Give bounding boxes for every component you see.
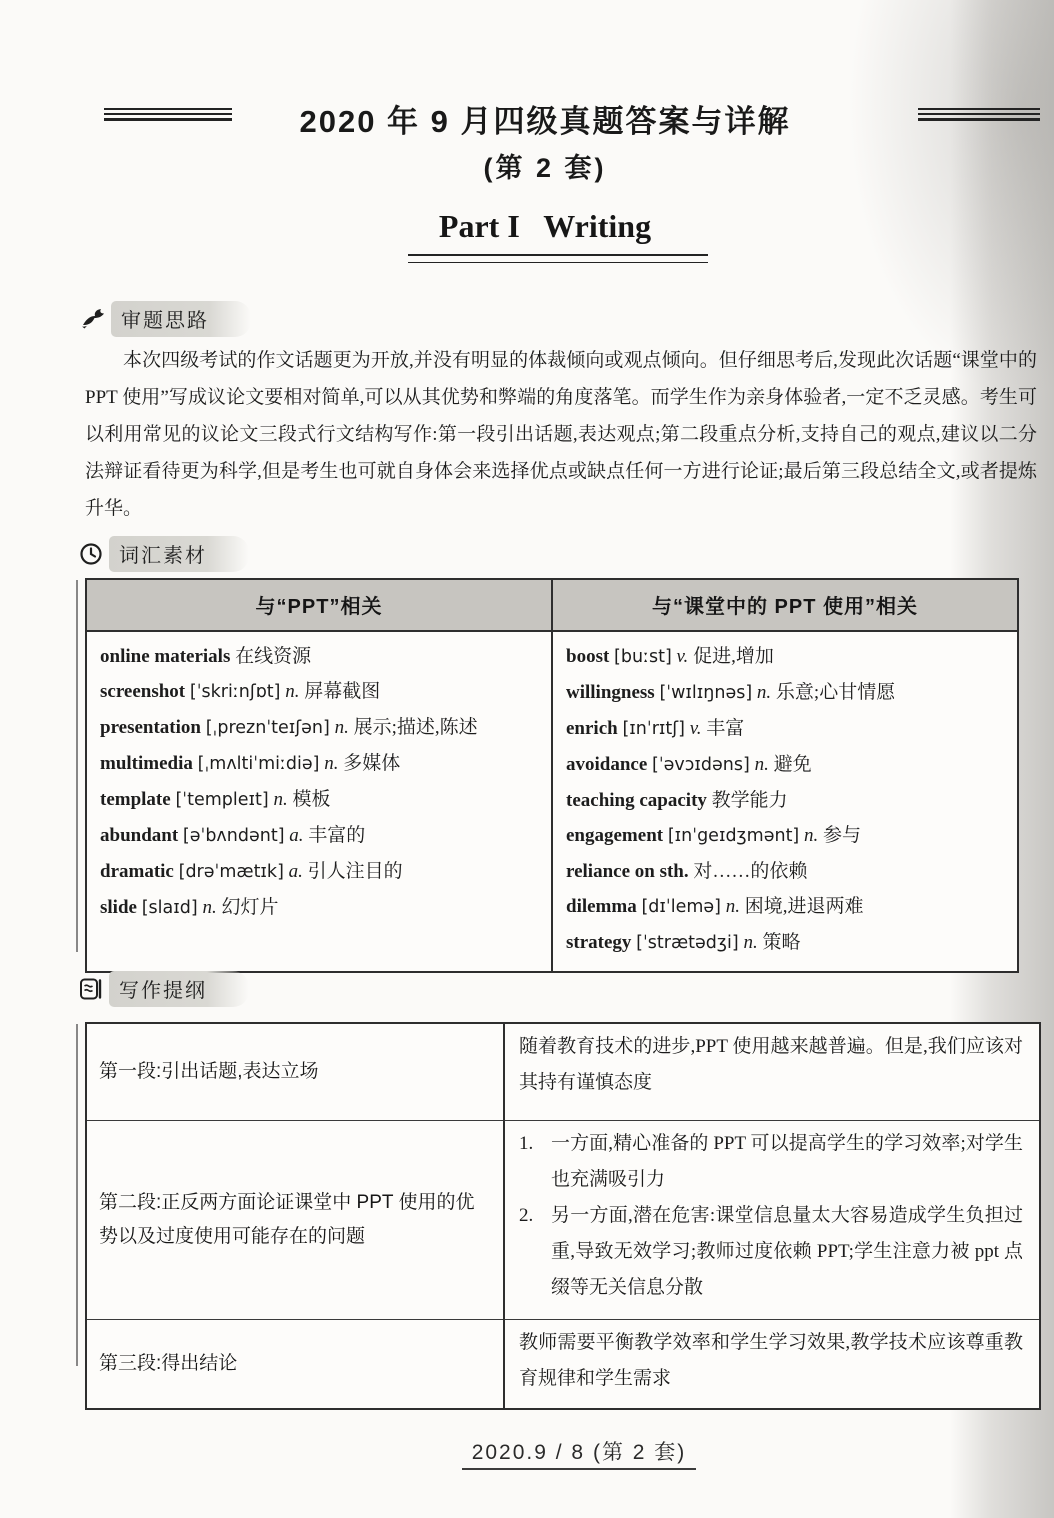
vocab-pos: n.	[202, 897, 216, 918]
vocab-entry: multimedia [ˌmʌltiˈmiːdiə] n. 多媒体	[100, 746, 543, 782]
double-rule	[408, 254, 708, 263]
vocab-word: enrich	[566, 718, 618, 739]
vocab-meaning: 在线资源	[235, 646, 311, 667]
vocab-entry: template [ˈtempleɪt] n. 模板	[100, 782, 543, 818]
vocab-phonetic: [ˌpreznˈteɪʃən]	[206, 718, 330, 738]
section-label-vocab: 词汇素材	[109, 536, 249, 572]
vocab-phonetic: [ɪnˈgeɪdʒmənt]	[668, 826, 799, 846]
vocab-word: multimedia	[100, 753, 193, 774]
vocab-entry: abundant [əˈbʌndənt] a. 丰富的	[100, 818, 543, 854]
outline-item: 1. 一方面,精心准备的 PPT 可以提高学生的学习效率;对学生也充满吸引力	[519, 1126, 1023, 1198]
vocab-entry: engagement [ɪnˈgeɪdʒmənt] n. 参与	[566, 818, 1009, 854]
vocab-phonetic: [ˈstrætədʒi]	[636, 933, 739, 953]
item-text: 另一方面,潜在危害:课堂信息量太大容易造成学生负担过重,导致无效学习;教师过度依…	[551, 1198, 1023, 1306]
outline-left-text: 第二段:正反两方面论证课堂中 PPT 使用的优势以及过度使用可能存在的问题	[99, 1186, 491, 1254]
page-title: 2020 年 9 月四级真题答案与详解	[85, 96, 1005, 141]
vocab-meaning: 模板	[292, 789, 330, 810]
vocab-entry: dilemma [dɪˈlemə] n. 困境,进退两难	[566, 889, 1009, 925]
vocab-meaning: 丰富	[706, 718, 744, 739]
vocab-table: 与“PPT”相关 与“课堂中的 PPT 使用”相关 online materia…	[85, 578, 1019, 973]
section-vocab-header: 词汇素材	[78, 536, 249, 572]
vocab-meaning: 参与	[823, 825, 861, 846]
vocab-meaning: 教学能力	[712, 790, 788, 811]
vocab-pos: n.	[335, 717, 349, 738]
vocab-word: teaching capacity	[566, 790, 707, 811]
vocab-entry: strategy [ˈstrætədʒi] n. 策略	[566, 925, 1009, 961]
vocab-meaning: 幻灯片	[221, 897, 278, 918]
vocab-column-right: boost [buːst] v. 促进,增加 willingness [ˈwɪl…	[551, 632, 1017, 971]
vocab-entry: enrich [ɪnˈrɪtʃ] v. 丰富	[566, 711, 1009, 747]
vocab-phonetic: [dɪˈlemə]	[641, 897, 721, 917]
vocab-phonetic: [ˈskriːnʃɒt]	[190, 682, 281, 702]
page-footer: 2020.9 / 8 (第 2 套)	[85, 1436, 1005, 1466]
clock-icon	[78, 541, 104, 567]
outline-row-left: 第一段:引出话题,表达立场	[87, 1024, 503, 1120]
section-analysis-header: 审题思路	[80, 301, 251, 337]
item-number: 1.	[519, 1126, 551, 1198]
vocab-word: willingness	[566, 682, 655, 703]
vocab-word: screenshot	[100, 681, 185, 702]
analysis-paragraph: 本次四级考试的作文话题更为开放,并没有明显的体裁倾向或观点倾向。但仔细思考后,发…	[85, 342, 1037, 527]
vocab-meaning: 多媒体	[343, 753, 400, 774]
vocab-entry: willingness [ˈwɪlɪŋnəs] n. 乐意;心甘情愿	[566, 675, 1009, 711]
vocab-entry: dramatic [drəˈmætɪk] a. 引人注目的	[100, 854, 543, 890]
vocab-word: dilemma	[566, 896, 637, 917]
vocab-table-body: online materials 在线资源 screenshot [ˈskriː…	[87, 632, 1017, 971]
page-edge-line	[76, 1024, 78, 1366]
vocab-meaning: 避免	[774, 754, 812, 775]
vocab-pos: n.	[324, 753, 338, 774]
vocab-pos: n.	[285, 681, 299, 702]
vocab-phonetic: [slaɪd]	[142, 898, 198, 918]
item-number: 2.	[519, 1198, 551, 1306]
part-heading: Part I Writing	[85, 208, 1005, 245]
vocab-meaning: 引人注目的	[308, 861, 403, 882]
item-text: 一方面,精心准备的 PPT 可以提高学生的学习效率;对学生也充满吸引力	[551, 1126, 1023, 1198]
outline-row-right: 1. 一方面,精心准备的 PPT 可以提高学生的学习效率;对学生也充满吸引力 2…	[503, 1120, 1039, 1319]
vocab-meaning: 对……的依赖	[693, 861, 807, 882]
vocab-header-right: 与“课堂中的 PPT 使用”相关	[551, 580, 1017, 630]
vocab-column-left: online materials 在线资源 screenshot [ˈskriː…	[87, 632, 551, 971]
item-text: 随着教育技术的进步,PPT 使用越来越普遍。但是,我们应该对其持有谨慎态度	[519, 1029, 1023, 1101]
outline-item: 随着教育技术的进步,PPT 使用越来越普遍。但是,我们应该对其持有谨慎态度	[519, 1029, 1023, 1101]
vocab-word: strategy	[566, 932, 631, 953]
outline-left-text: 第三段:得出结论	[99, 1347, 237, 1381]
outline-row-right: 随着教育技术的进步,PPT 使用越来越普遍。但是,我们应该对其持有谨慎态度	[503, 1024, 1039, 1120]
vocab-pos: n.	[804, 825, 818, 846]
vocab-pos: n.	[757, 682, 771, 703]
page-edge-line	[76, 580, 78, 952]
vocab-phonetic: [əˈbʌndənt]	[183, 826, 285, 846]
vocab-word: avoidance	[566, 754, 647, 775]
vocab-pos: n.	[726, 896, 740, 917]
vocab-entry: avoidance [ˈəvɔɪdəns] n. 避免	[566, 747, 1009, 783]
vocab-word: engagement	[566, 825, 663, 846]
vocab-word: slide	[100, 897, 137, 918]
vocab-meaning: 策略	[762, 932, 800, 953]
vocab-word: reliance on sth.	[566, 861, 689, 882]
section-outline-header: 写作提纲	[78, 971, 249, 1007]
vocab-entry: online materials 在线资源	[100, 639, 543, 674]
vocab-word: online materials	[100, 646, 230, 667]
vocab-entry: slide [slaɪd] n. 幻灯片	[100, 890, 543, 926]
vocab-meaning: 促进,增加	[693, 646, 774, 667]
vocab-entry: presentation [ˌpreznˈteɪʃən] n. 展示;描述,陈述	[100, 710, 543, 746]
vocab-meaning: 丰富的	[308, 825, 365, 846]
vocab-word: abundant	[100, 825, 178, 846]
vocab-phonetic: [ˈwɪlɪŋnəs]	[659, 683, 752, 703]
notebook-icon	[78, 976, 104, 1002]
vocab-pos: v.	[690, 718, 702, 739]
section-label-analysis: 审题思路	[111, 301, 251, 337]
vocab-meaning: 展示;描述,陈述	[354, 717, 478, 738]
vocab-phonetic: [ˌmʌltiˈmiːdiə]	[198, 754, 320, 774]
vocab-pos: n.	[273, 789, 287, 810]
vocab-pos: a.	[289, 825, 303, 846]
vocab-word: template	[100, 789, 171, 810]
outline-table: 第一段:引出话题,表达立场 随着教育技术的进步,PPT 使用越来越普遍。但是,我…	[85, 1022, 1041, 1410]
vocab-table-header: 与“PPT”相关 与“课堂中的 PPT 使用”相关	[87, 580, 1017, 632]
vocab-header-left: 与“PPT”相关	[87, 580, 551, 630]
vocab-entry: boost [buːst] v. 促进,增加	[566, 639, 1009, 675]
vocab-phonetic: [drəˈmætɪk]	[179, 862, 284, 882]
vocab-entry: reliance on sth. 对……的依赖	[566, 854, 1009, 889]
item-text: 教师需要平衡教学效率和学生学习效果,教学技术应该尊重教育规律和学生需求	[519, 1325, 1023, 1397]
vocab-word: boost	[566, 646, 609, 667]
vocab-pos: n.	[743, 932, 757, 953]
vocab-phonetic: [ˈəvɔɪdəns]	[652, 755, 750, 775]
vocab-entry: screenshot [ˈskriːnʃɒt] n. 屏幕截图	[100, 674, 543, 710]
outline-row-left: 第二段:正反两方面论证课堂中 PPT 使用的优势以及过度使用可能存在的问题	[87, 1120, 503, 1319]
outline-row-right: 教师需要平衡教学效率和学生学习效果,教学技术应该尊重教育规律和学生需求	[503, 1319, 1039, 1408]
vocab-phonetic: [ˈtempleɪt]	[175, 790, 268, 810]
outline-row-left: 第三段:得出结论	[87, 1319, 503, 1408]
vocab-meaning: 乐意;心甘情愿	[776, 682, 895, 703]
outline-left-text: 第一段:引出话题,表达立场	[99, 1055, 319, 1089]
vocab-meaning: 困境,进退两难	[745, 896, 864, 917]
outline-item: 教师需要平衡教学效率和学生学习效果,教学技术应该尊重教育规律和学生需求	[519, 1325, 1023, 1397]
vocab-phonetic: [buːst]	[614, 647, 672, 667]
vocab-word: dramatic	[100, 861, 174, 882]
section-label-outline: 写作提纲	[109, 971, 249, 1007]
outline-item: 2. 另一方面,潜在危害:课堂信息量太大容易造成学生负担过重,导致无效学习;教师…	[519, 1198, 1023, 1306]
scanned-page: 2020 年 9 月四级真题答案与详解 (第 2 套) Part I Writi…	[0, 0, 1054, 1518]
vocab-word: presentation	[100, 717, 201, 738]
vocab-pos: n.	[755, 754, 769, 775]
vocab-entry: teaching capacity 教学能力	[566, 783, 1009, 818]
vocab-meaning: 屏幕截图	[304, 681, 380, 702]
vocab-pos: a.	[289, 861, 303, 882]
bird-icon	[80, 306, 106, 332]
vocab-pos: v.	[677, 646, 689, 667]
page-footer-text: 2020.9 / 8 (第 2 套)	[462, 1441, 697, 1470]
vocab-phonetic: [ɪnˈrɪtʃ]	[622, 719, 685, 739]
page-subtitle: (第 2 套)	[85, 146, 1005, 185]
